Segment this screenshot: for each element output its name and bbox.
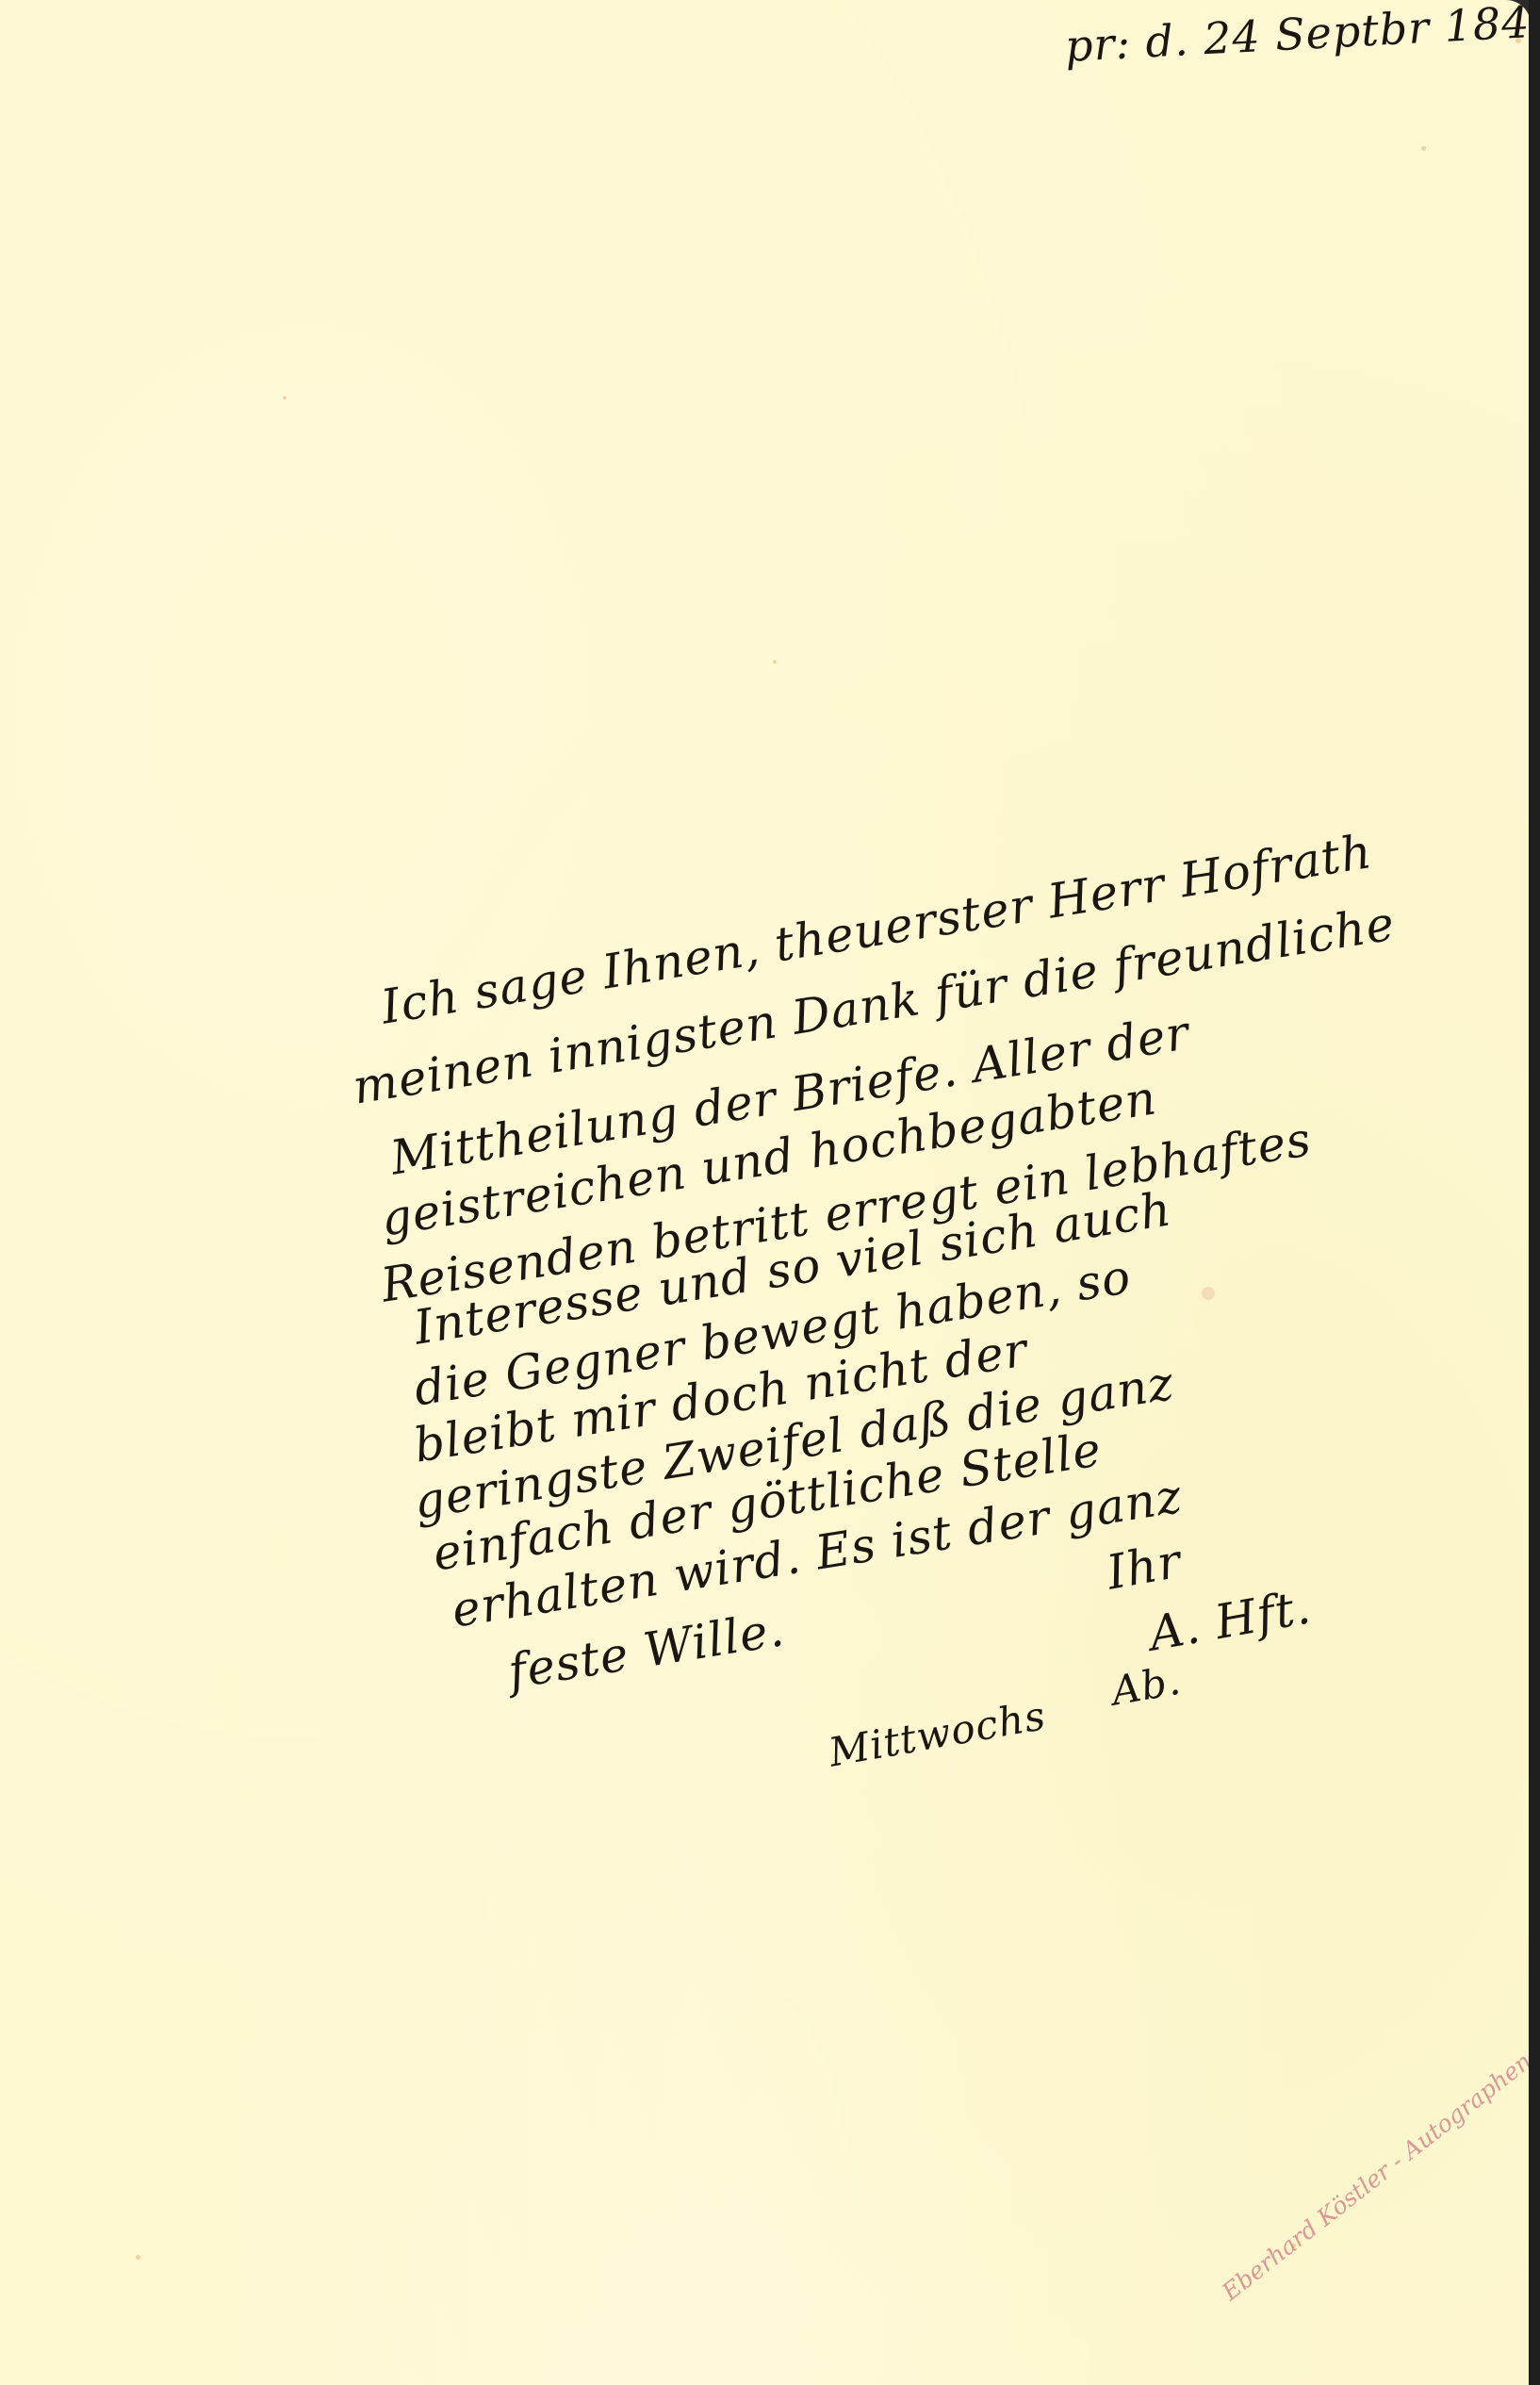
dealer-watermark: Eberhard Köstler - Autographen & Bücher	[1217, 1972, 1531, 2306]
paper-speck	[1202, 1287, 1215, 1300]
signature: A. Hft.	[1145, 1579, 1315, 1661]
paper-speck	[773, 660, 777, 664]
received-date-note: pr: d. 24 Septbr 1840.	[1064, 0, 1531, 72]
dateline-time: Ab.	[1108, 1657, 1185, 1715]
dateline-day: Mittwochs	[826, 1692, 1050, 1776]
paper-speck	[136, 2255, 140, 2260]
paper-speck	[283, 396, 287, 400]
scan-border	[1529, 0, 1540, 2385]
paper-speck	[1421, 146, 1426, 151]
letter-page: pr: d. 24 Septbr 1840. Ich sage Ihnen, t…	[0, 0, 1531, 2385]
closing-salutation: Ihr	[1103, 1534, 1186, 1601]
